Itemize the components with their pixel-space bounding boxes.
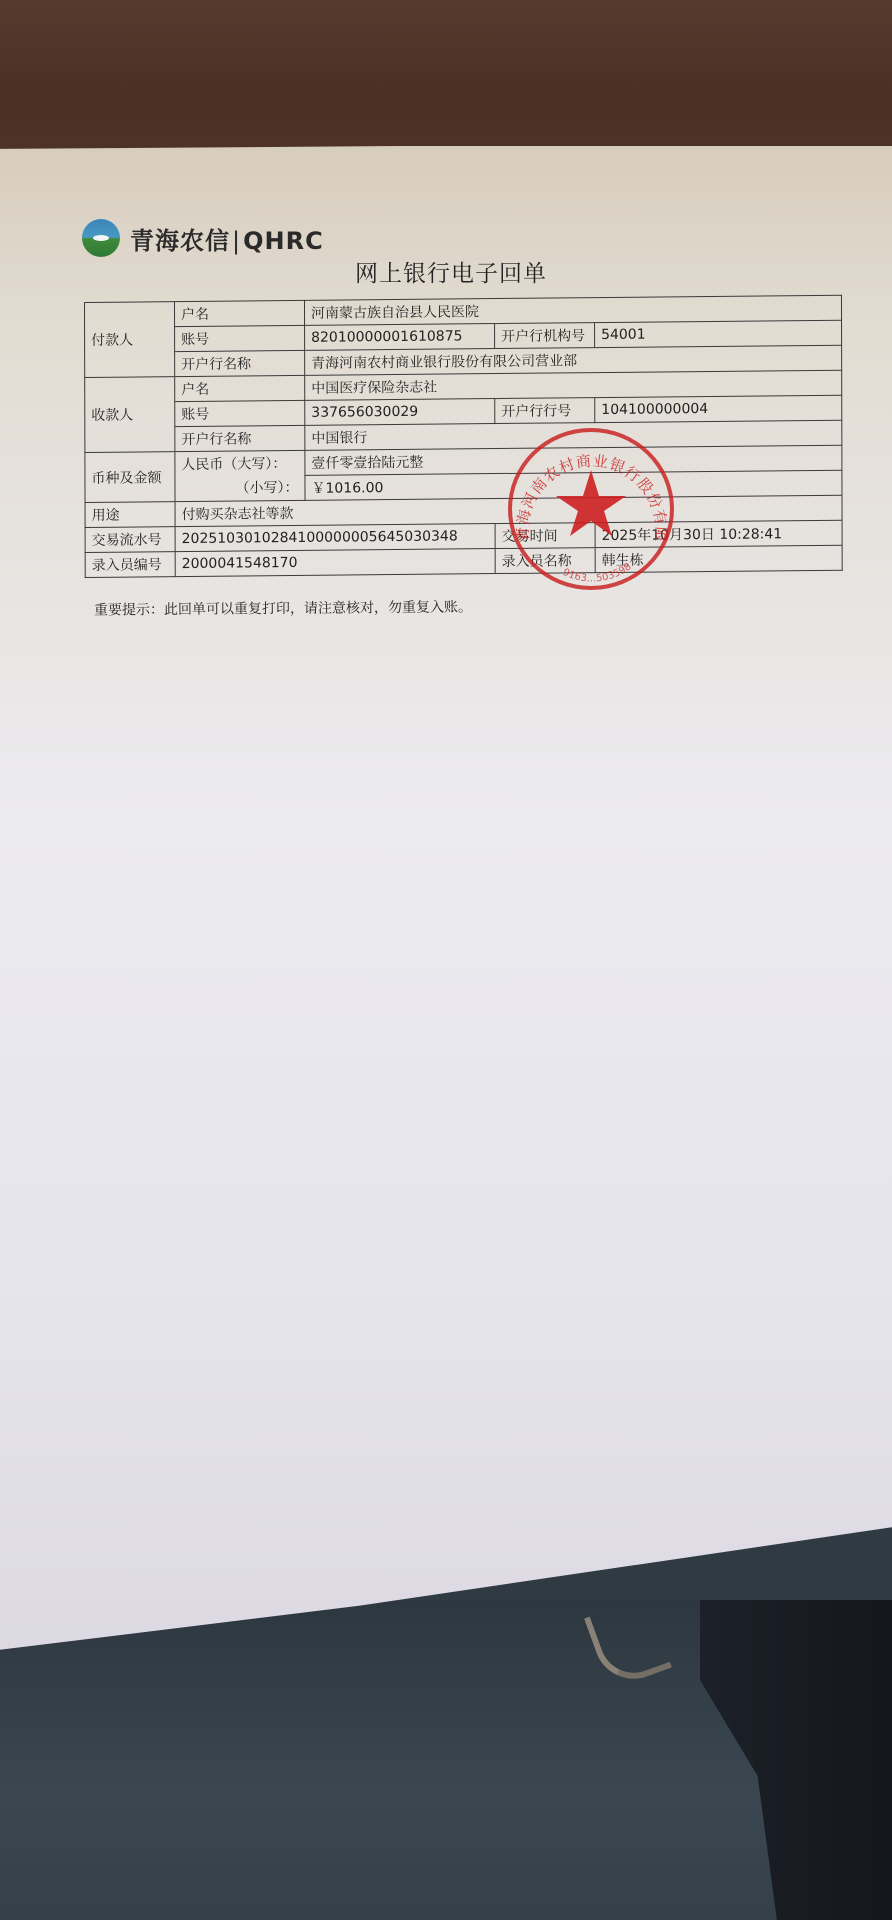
payer-name-label: 户名 — [174, 300, 304, 326]
payee-name-label: 户名 — [175, 375, 305, 401]
bank-logo: 青海农信|QHRC — [82, 219, 324, 257]
receipt-table-wrap: 付款人 户名 河南蒙古族自治县人民医院 账号 82010000001610875… — [84, 295, 843, 578]
payee-bank-no-value: 104100000004 — [595, 395, 842, 422]
payee-group-label: 收款人 — [85, 377, 175, 453]
serial-label: 交易流水号 — [85, 527, 175, 553]
operator-id-label: 录入员编号 — [85, 552, 175, 578]
amount-lower-label: （小写）： — [181, 475, 298, 500]
payee-account-label: 账号 — [175, 400, 305, 426]
serial-value: 2025103010284100000005645030348 — [175, 524, 495, 552]
amount-upper-label: 人民币（大写）： — [181, 456, 286, 473]
purpose-label: 用途 — [85, 502, 175, 528]
payer-group-label: 付款人 — [85, 302, 175, 378]
important-note: 重要提示：此回单可以重复打印，请注意核对，勿重复入账。 — [94, 596, 472, 619]
payee-bank-label: 开户行名称 — [175, 425, 305, 451]
payer-branch-code-value: 54001 — [595, 320, 842, 347]
document-title: 网上银行电子回单 — [355, 255, 547, 288]
payer-account-label: 账号 — [175, 325, 305, 351]
payee-account-value: 337656030029 — [305, 399, 495, 426]
operator-name-value: 韩生栋 — [595, 545, 842, 572]
brand-name: 青海农信|QHRC — [130, 221, 324, 256]
brand-name-en: QHRC — [243, 227, 324, 255]
brand-name-cn: 青海农信 — [130, 227, 230, 255]
payer-branch-code-label: 开户行机构号 — [495, 323, 595, 349]
amount-group-label: 币种及金额 — [85, 452, 175, 503]
time-label: 交易时间 — [495, 523, 595, 549]
operator-id-value: 2000041548170 — [175, 549, 495, 577]
payer-account-value: 82010000001610875 — [305, 324, 495, 351]
time-value: 2025年10月30日 10:28:41 — [595, 520, 842, 547]
operator-name-label: 录入员名称 — [495, 548, 595, 574]
payer-bank-label: 开户行名称 — [175, 350, 305, 376]
payee-bank-no-label: 开户行行号 — [495, 398, 595, 424]
receipt-table: 付款人 户名 河南蒙古族自治县人民医院 账号 82010000001610875… — [84, 295, 843, 578]
background-table-surface — [0, 0, 892, 160]
qhrc-logo-icon — [82, 219, 120, 257]
amount-labels: 人民币（大写）： （小写）： — [175, 450, 305, 501]
